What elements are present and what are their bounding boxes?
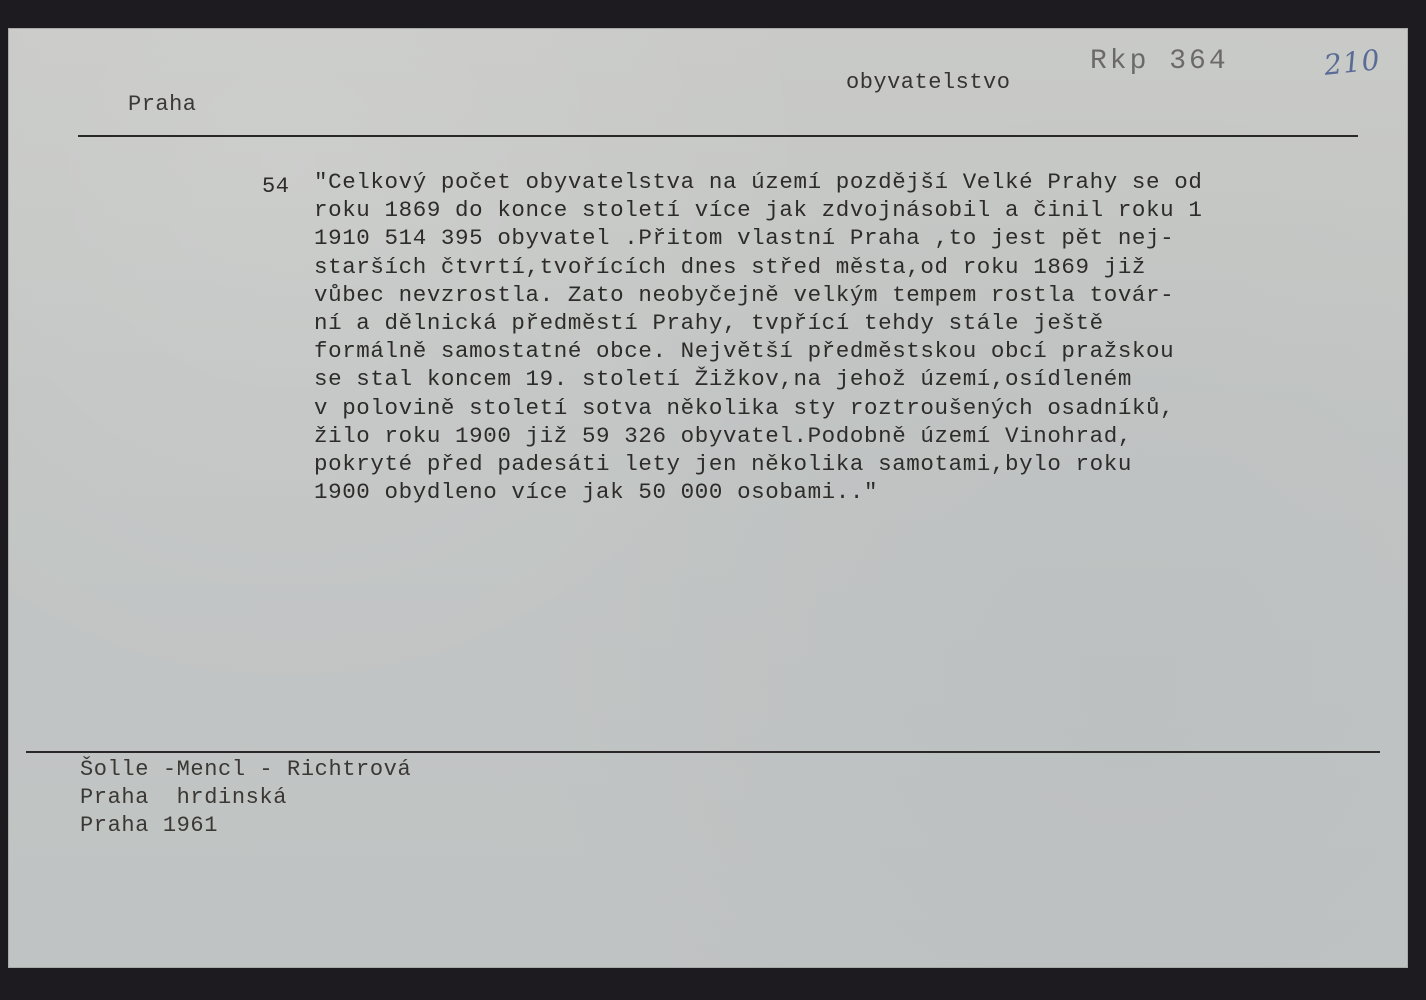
source-title: Praha hrdinská <box>80 784 411 812</box>
excerpt-line: se stal koncem 19. století Žižkov,na jeh… <box>314 365 1414 393</box>
index-card: Praha obyvatelstvo Rkp 364 210 54 "Celko… <box>8 28 1408 968</box>
excerpt-line: pokryté před padesáti lety jen několika … <box>314 450 1414 478</box>
source-citation: Šolle -Mencl - Richtrová Praha hrdinská … <box>80 756 411 840</box>
excerpt-line: starších čtvrtí,tvořících dnes střed měs… <box>314 253 1414 281</box>
excerpt-line: vůbec nevzrostla. Zato neobyčejně velkým… <box>314 281 1414 309</box>
excerpt-line: formálně samostatné obce. Největší předm… <box>314 337 1414 365</box>
shelfmark: Rkp 364 <box>1090 46 1229 77</box>
header-topic: obyvatelstvo <box>846 70 1010 95</box>
header-divider <box>78 135 1358 137</box>
excerpt-line: ní a dělnická předměstí Prahy, tvpřící t… <box>314 309 1414 337</box>
scanned-document: Praha obyvatelstvo Rkp 364 210 54 "Celko… <box>0 0 1426 1000</box>
excerpt-line: 1910 514 395 obyvatel .Přitom vlastní Pr… <box>314 224 1414 252</box>
handwritten-folio-number: 210 <box>1322 43 1382 82</box>
source-divider <box>26 751 1380 753</box>
header-place: Praha <box>128 92 197 117</box>
excerpt-line: 1900 obydleno více jak 50 000 osobami.." <box>314 478 1414 506</box>
entry-number: 54 <box>262 174 289 199</box>
source-imprint: Praha 1961 <box>80 812 411 840</box>
excerpt-line: roku 1869 do konce století více jak zdvo… <box>314 196 1414 224</box>
excerpt-line: "Celkový počet obyvatelstva na území poz… <box>314 168 1414 196</box>
source-authors: Šolle -Mencl - Richtrová <box>80 756 411 784</box>
excerpt-line: žilo roku 1900 již 59 326 obyvatel.Podob… <box>314 422 1414 450</box>
excerpt-line: v polovině století sotva několika sty ro… <box>314 394 1414 422</box>
quoted-excerpt: "Celkový počet obyvatelstva na území poz… <box>314 168 1414 506</box>
